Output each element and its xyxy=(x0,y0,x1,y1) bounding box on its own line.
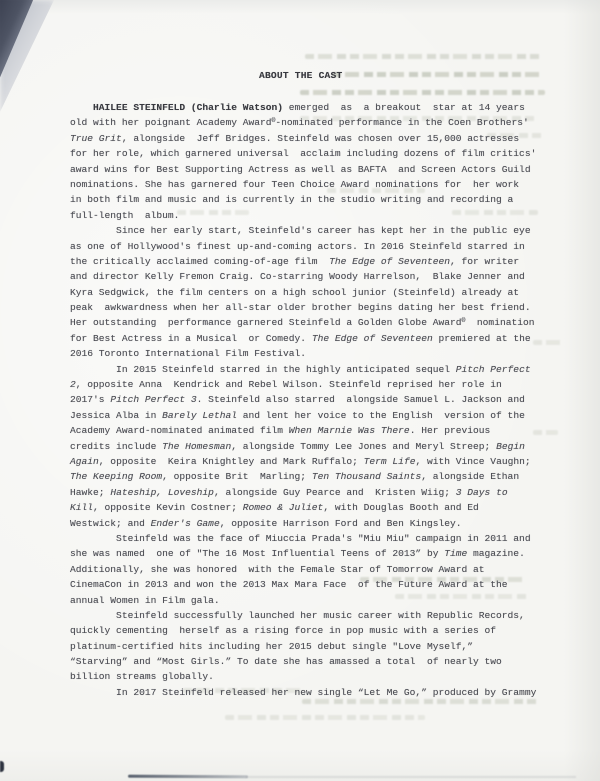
text-line: The Keeping Room, opposite Brit Marling;… xyxy=(70,469,536,484)
text-line: True Grit, alongside Jeff Bridges. Stein… xyxy=(70,131,536,146)
text-line: Hawke; Hateship, Loveship, alongside Guy… xyxy=(70,485,536,500)
text-segment: -nominated performance in the Coen Broth… xyxy=(275,117,528,128)
text-line: Steinfeld successfully launched her musi… xyxy=(70,608,536,623)
text-segment: Westwick; and xyxy=(70,518,151,529)
text-line: Kyra Sedgwick, the film centers on a hig… xyxy=(70,285,536,300)
text-line: 2, opposite Anna Kendrick and Rebel Wils… xyxy=(70,377,536,392)
text-segment: and lent her voice to the English versio… xyxy=(237,410,525,421)
text-line: full-length album. xyxy=(70,208,536,223)
text-segment: nomination xyxy=(465,317,534,328)
text-line: 2016 Toronto International Film Festival… xyxy=(70,346,536,361)
text-line: as one of Hollywood's finest up-and-comi… xyxy=(70,239,536,254)
text-segment: premiered at the xyxy=(433,333,531,344)
text-segment: Ten Thousand Saints xyxy=(312,471,421,482)
text-line: Again, opposite Keira Knightley and Mark… xyxy=(70,454,536,469)
text-line: peak awkwardness when her all-star older… xyxy=(70,300,536,315)
text-segment: , with Vince Vaughn; xyxy=(415,456,530,467)
text-segment: Steinfeld was the face of Miuccia Prada'… xyxy=(70,533,531,544)
text-segment: annual Women in Film gala. xyxy=(70,595,220,606)
text-line: annual Women in Film gala. xyxy=(70,593,536,608)
text-segment: , opposite Anna Kendrick and Rebel Wilso… xyxy=(76,379,502,390)
text-segment: Her outstanding performance garnered Ste… xyxy=(70,317,462,328)
page-title: ABOUT THE CAST xyxy=(259,70,342,81)
text-segment: award wins for Best Supporting Actress a… xyxy=(70,164,531,175)
text-segment: for Best Actress in a Musical or Comedy. xyxy=(70,333,312,344)
text-segment: , for writer xyxy=(450,256,519,267)
text-segment: and director Kelly Fremon Craig. Co-star… xyxy=(70,271,525,282)
text-segment: Barely Lethal xyxy=(162,410,237,421)
text-segment: for her role, which garnered universal a… xyxy=(70,148,536,159)
text-segment: as one of Hollywood's finest up-and-comi… xyxy=(70,241,525,252)
text-segment: Kill xyxy=(70,502,93,513)
text-segment: full-length album. xyxy=(70,210,179,221)
text-segment: platinum-certified hits including her 20… xyxy=(70,641,473,652)
text-segment: , alongside Tommy Lee Jones and Meryl St… xyxy=(231,441,496,452)
text-segment: . Her previous xyxy=(410,425,491,436)
text-segment: When Marnie Was There xyxy=(289,425,410,436)
text-line: CinemaCon in 2013 and won the 2013 Max M… xyxy=(70,577,536,592)
registered-mark: ® xyxy=(462,317,466,324)
text-segment: 2016 Toronto International Film Festival… xyxy=(70,348,306,359)
text-line: Since her early start, Steinfeld's caree… xyxy=(70,223,536,238)
text-segment: Hawke; xyxy=(70,487,110,498)
text-line: Steinfeld was the face of Miuccia Prada'… xyxy=(70,531,536,546)
text-segment: Begin xyxy=(496,441,525,452)
text-line: HAILEE STEINFELD (Charlie Watson) emerge… xyxy=(70,100,536,115)
text-segment: , alongside Guy Pearce and Kristen Wiig; xyxy=(214,487,456,498)
registered-mark: ® xyxy=(272,117,276,124)
text-segment: The Homesman xyxy=(162,441,231,452)
text-line: credits include The Homesman, alongside … xyxy=(70,439,536,454)
text-segment: , opposite Harrison Ford and Ben Kingsle… xyxy=(220,518,462,529)
text-line: nominations. She has garnered four Teen … xyxy=(70,177,536,192)
text-segment: “Starving” and “Most Girls.” To date she… xyxy=(70,656,502,667)
text-line: Westwick; and Ender's Game, opposite Har… xyxy=(70,516,536,531)
text-segment: , alongside Jeff Bridges. Steinfeld was … xyxy=(122,133,519,144)
text-line: for Best Actress in a Musical or Comedy.… xyxy=(70,331,536,346)
text-segment: Hateship, Loveship xyxy=(110,487,214,498)
text-segment: old with her poignant Academy Award xyxy=(70,117,272,128)
text-segment: Pitch Perfect 3 xyxy=(110,394,196,405)
text-segment: Pitch Perfect xyxy=(456,364,531,375)
text-line: In 2015 Steinfeld starred in the highly … xyxy=(70,362,536,377)
text-segment: In 2015 Steinfeld starred in the highly … xyxy=(70,364,456,375)
scan-corner-dot xyxy=(0,761,4,772)
text-line: In 2017 Steinfeld released her new singl… xyxy=(70,685,536,700)
text-line: billion streams globally. xyxy=(70,669,536,684)
text-segment: , opposite Keira Knightley and Mark Ruff… xyxy=(99,456,364,467)
text-line: in both film and music and is currently … xyxy=(70,192,536,207)
text-segment: billion streams globally. xyxy=(70,671,214,682)
text-segment: Again xyxy=(70,456,99,467)
text-segment: . Steinfeld also starred alongside Samue… xyxy=(197,394,525,405)
text-segment: in both film and music and is currently … xyxy=(70,194,513,205)
text-line: Additionally, she was honored with the F… xyxy=(70,562,536,577)
text-segment: magazine. xyxy=(467,548,525,559)
bleedthrough-line xyxy=(533,430,558,435)
text-line: platinum-certified hits including her 20… xyxy=(70,639,536,654)
text-segment: , with Douglas Booth and Ed xyxy=(323,502,478,513)
text-segment: quickly cementing herself as a rising fo… xyxy=(70,625,496,636)
text-segment: Kyra Sedgwick, the film centers on a hig… xyxy=(70,287,519,298)
text-line: for her role, which garnered universal a… xyxy=(70,146,536,161)
text-line: she was named one of "The 16 Most Influe… xyxy=(70,546,536,561)
text-segment: the critically acclaimed coming-of-age f… xyxy=(70,256,329,267)
text-segment xyxy=(70,102,93,113)
text-segment: The Edge of Seventeen xyxy=(329,256,450,267)
text-segment: 3 Days to xyxy=(456,487,508,498)
text-segment: The Edge of Seventeen xyxy=(312,333,433,344)
text-line: Her outstanding performance garnered Ste… xyxy=(70,315,536,330)
bleedthrough-line xyxy=(300,90,545,95)
text-segment: Ender's Game xyxy=(151,518,220,529)
text-segment: HAILEE STEINFELD (Charlie Watson) xyxy=(93,102,283,113)
text-segment: , opposite Kevin Costner; xyxy=(93,502,243,513)
text-segment: she was named one of "The 16 Most Influe… xyxy=(70,548,444,559)
text-segment: , alongside Ethan xyxy=(421,471,519,482)
bleedthrough-line xyxy=(305,54,540,59)
text-segment: Romeo & Juliet xyxy=(243,502,324,513)
text-line: and director Kelly Fremon Craig. Co-star… xyxy=(70,269,536,284)
text-segment: CinemaCon in 2013 and won the 2013 Max M… xyxy=(70,579,508,590)
text-segment: 2017's xyxy=(70,394,110,405)
text-line: award wins for Best Supporting Actress a… xyxy=(70,162,536,177)
text-segment: Steinfeld successfully launched her musi… xyxy=(70,610,525,621)
text-line: Jessica Alba in Barely Lethal and lent h… xyxy=(70,408,536,423)
text-segment: In 2017 Steinfeld released her new singl… xyxy=(70,687,536,698)
bleedthrough-line xyxy=(225,715,425,720)
text-segment: Term Life xyxy=(364,456,416,467)
scan-bottom-artifact xyxy=(128,775,248,779)
text-line: old with her poignant Academy Award®-nom… xyxy=(70,115,536,130)
text-segment: nominations. She has garnered four Teen … xyxy=(70,179,519,190)
scanned-page: ABOUT THE CAST HAILEE STEINFELD (Charlie… xyxy=(0,0,600,781)
bleedthrough-line xyxy=(533,340,561,345)
text-line: quickly cementing herself as a rising fo… xyxy=(70,623,536,638)
text-segment: Time xyxy=(444,548,467,559)
text-segment: , opposite Brit Marling; xyxy=(162,471,312,482)
text-segment: Since her early start, Steinfeld's caree… xyxy=(70,225,531,236)
text-segment: True Grit xyxy=(70,133,122,144)
text-segment: Jessica Alba in xyxy=(70,410,162,421)
text-segment: Additionally, she was honored with the F… xyxy=(70,564,485,575)
text-segment: emerged as a breakout star at 14 years xyxy=(283,102,525,113)
text-line: Kill, opposite Kevin Costner; Romeo & Ju… xyxy=(70,500,536,515)
text-line: the critically acclaimed coming-of-age f… xyxy=(70,254,536,269)
text-line: 2017's Pitch Perfect 3. Steinfeld also s… xyxy=(70,392,536,407)
scan-bottom-artifact-faint xyxy=(246,776,576,778)
bleedthrough-line xyxy=(332,72,542,77)
text-segment: Academy Award-nominated animated film xyxy=(70,425,289,436)
text-segment: The Keeping Room xyxy=(70,471,162,482)
text-line: “Starving” and “Most Girls.” To date she… xyxy=(70,654,536,669)
text-segment: credits include xyxy=(70,441,162,452)
document-body: HAILEE STEINFELD (Charlie Watson) emerge… xyxy=(70,100,536,700)
text-line: Academy Award-nominated animated film Wh… xyxy=(70,423,536,438)
text-segment: peak awkwardness when her all-star older… xyxy=(70,302,531,313)
